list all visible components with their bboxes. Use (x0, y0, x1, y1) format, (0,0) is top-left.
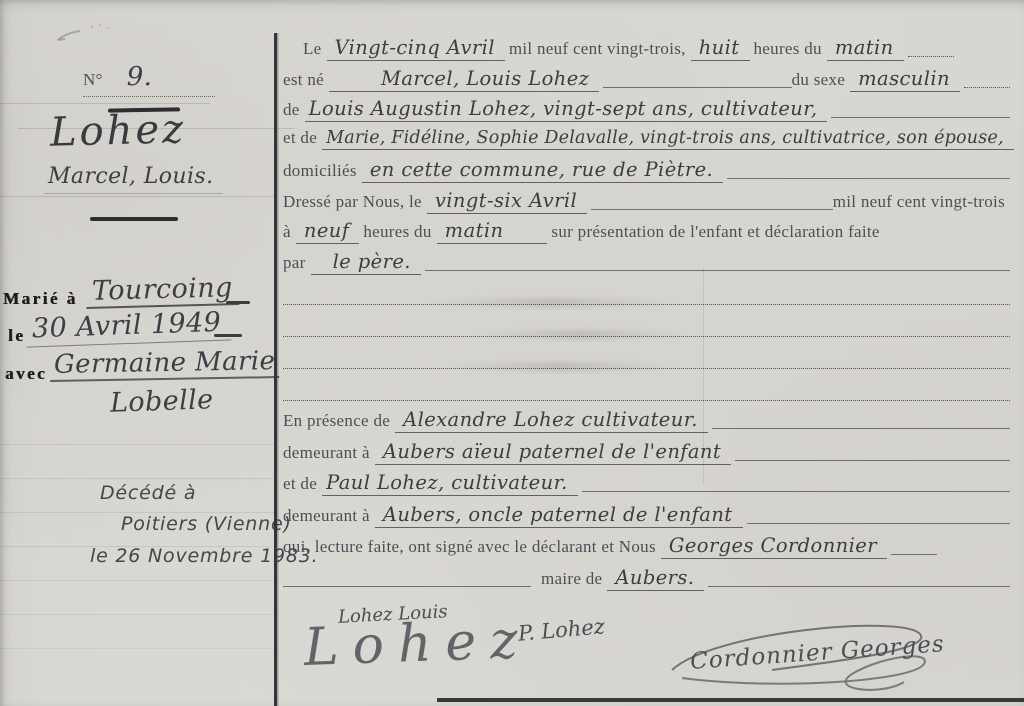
act-number-value: 9. (127, 62, 153, 92)
act-number-label: N° (83, 70, 103, 89)
birth-record-scan: N°9. Lohez Marcel, Louis. Marié à Tourco… (0, 0, 1024, 706)
handwritten-record-date: vingt-six Avril (427, 189, 587, 214)
margin-surname: Lohez (49, 106, 186, 156)
handwritten-witness1-residence: Aubers aïeul paternel de l'enfant (375, 440, 731, 465)
form-line-witness2-residence: demeurant à Aubers, oncle paternel de l'… (283, 503, 1010, 535)
ruled-line (747, 523, 1010, 524)
marriage-spouse-names: Germaine Marie (50, 346, 280, 382)
ruled-line (908, 56, 954, 57)
printed-label: Dressé par Nous, le (283, 192, 422, 212)
margin-divider-bar (90, 217, 178, 221)
ruled-line (831, 117, 1010, 118)
printed-label: de (283, 100, 300, 120)
form-line-record-hour: à neuf heures du matin sur présentation … (283, 219, 1010, 250)
form-line-mother: et de Marie, Fidéline, Sophie Delavalle,… (283, 128, 1010, 159)
form-line-domicile: domiciliés en cette commune, rue de Pièt… (283, 158, 1010, 189)
marriage-stamp-married-label: Marié à (3, 289, 78, 309)
printed-label: est né (283, 70, 324, 90)
form-line-witness1-residence: demeurant à Aubers aïeul paternel de l'e… (283, 440, 1010, 472)
ruled-line (891, 554, 937, 555)
form-line-date-of-birth: Le Vingt-cinq Avril mil neuf cent vingt-… (283, 36, 1010, 67)
faint-rule (0, 103, 210, 104)
handwritten-witness1: Alexandre Lohez cultivateur. (395, 408, 708, 433)
handwritten-birth-date: Vingt-cinq Avril (327, 36, 505, 61)
handwritten-record-hour: neuf (296, 219, 359, 244)
marriage-place: Tourcoing (86, 272, 240, 309)
ruled-line (425, 270, 1010, 271)
printed-label: heures du (754, 39, 822, 59)
faint-rule (0, 444, 277, 445)
handwritten-witness2: Paul Lohez, cultivateur. (322, 471, 578, 496)
ruled-line (283, 400, 1010, 401)
death-note-line1: Décédé à (100, 482, 196, 504)
ruled-line (582, 491, 1010, 492)
printed-label: du sexe (792, 70, 846, 90)
handwritten-meridiem: matin (827, 36, 904, 61)
handwritten-mayor-name: Georges Cordonnier (661, 534, 887, 559)
form-line-declarant: par le père. (283, 250, 1010, 281)
signature-mayor: Cordonnier Georges (652, 612, 952, 702)
page-bottom-edge (437, 698, 1024, 702)
printed-label: qui, lecture faite, ont signé avec le dé… (283, 537, 656, 557)
form-body: Le Vingt-cinq Avril mil neuf cent vingt-… (277, 0, 1024, 597)
form-line-witness2: et de Paul Lohez, cultivateur. (283, 471, 1010, 503)
printed-label: Le (303, 39, 322, 59)
margin-column: N°9. Lohez Marcel, Louis. Marié à Tourco… (0, 0, 277, 706)
signature-declarant: Lohez (303, 610, 532, 678)
printed-label: maire de (541, 569, 602, 589)
faint-rule (0, 478, 277, 479)
handwritten-commune: Aubers. (607, 566, 704, 591)
handwritten-declarant: le père. (311, 250, 421, 275)
printed-label: demeurant à (283, 443, 370, 463)
empty-ruled-line (283, 312, 1010, 344)
handwritten-mother: Marie, Fidéline, Sophie Delavalle, vingt… (322, 128, 1014, 150)
ruled-line (964, 87, 1010, 88)
form-line-child-name: est né Marcel, Louis Lohez du sexe mascu… (283, 67, 1010, 98)
ruled-line (283, 586, 531, 587)
handwritten-sex: masculin (850, 67, 960, 92)
handwritten-father: Louis Augustin Lohez, vingt-sept ans, cu… (305, 97, 828, 122)
act-number-row: N°9. (83, 62, 215, 97)
dash-mark (226, 301, 250, 304)
form-line-father: de Louis Augustin Lohez, vingt-sept ans,… (283, 97, 1010, 128)
handwritten-record-meridiem: matin (437, 219, 548, 244)
printed-label: heures du (363, 222, 431, 242)
ruled-line (283, 368, 1010, 369)
death-note-line2: Poitiers (Vienne) (121, 513, 292, 535)
printed-label: En présence de (283, 411, 390, 431)
handwritten-domicile: en cette commune, rue de Piètre. (362, 158, 723, 183)
printed-label: par (283, 253, 306, 273)
printed-label: et de (283, 474, 317, 494)
margin-given-names: Marcel, Louis. (44, 164, 223, 194)
handwritten-witness2-residence: Aubers, oncle paternel de l'enfant (375, 503, 743, 528)
printed-label: demeurant à (283, 506, 370, 526)
handwritten-birth-hour: huit (691, 36, 750, 61)
printed-label: domiciliés (283, 161, 357, 181)
ruled-line (283, 336, 1010, 337)
dash-mark (214, 334, 242, 337)
ruled-line (603, 87, 791, 88)
faint-rule (0, 648, 277, 649)
faint-rule (0, 580, 277, 581)
empty-ruled-line (283, 280, 1010, 312)
printed-label: mil neuf cent vingt-trois, (509, 39, 686, 59)
printed-label: mil neuf cent vingt-trois (833, 192, 1005, 212)
faint-rule (0, 614, 277, 615)
ruled-line (712, 428, 1010, 429)
printed-label: et de (283, 128, 317, 148)
form-line-record-date: Dressé par Nous, le vingt-six Avril mil … (283, 189, 1010, 220)
ruled-line (735, 460, 1010, 461)
form-line-mayor-of: maire de Aubers. (283, 566, 1010, 598)
empty-ruled-line (283, 344, 1010, 376)
form-line-witness1: En présence de Alexandre Lohez cultivate… (283, 408, 1010, 440)
marriage-stamp-avec-label: avec (5, 364, 47, 384)
handwritten-child-name: Marcel, Louis Lohez (329, 67, 599, 92)
ruled-line (708, 586, 1010, 587)
faint-rule (0, 196, 277, 197)
marriage-stamp-le-label: le (8, 326, 25, 346)
ruled-line (727, 178, 1010, 179)
marriage-spouse-surname: Lobelle (109, 384, 214, 419)
ruled-line (283, 304, 1010, 305)
form-line-officiant: qui, lecture faite, ont signé avec le dé… (283, 534, 1010, 566)
ruled-line (591, 209, 833, 210)
printed-label: sur présentation de l'enfant et déclarat… (551, 222, 879, 242)
empty-ruled-line (283, 376, 1010, 408)
printed-label: à (283, 222, 291, 242)
marriage-date: 30 Avril 1949 (25, 306, 231, 347)
